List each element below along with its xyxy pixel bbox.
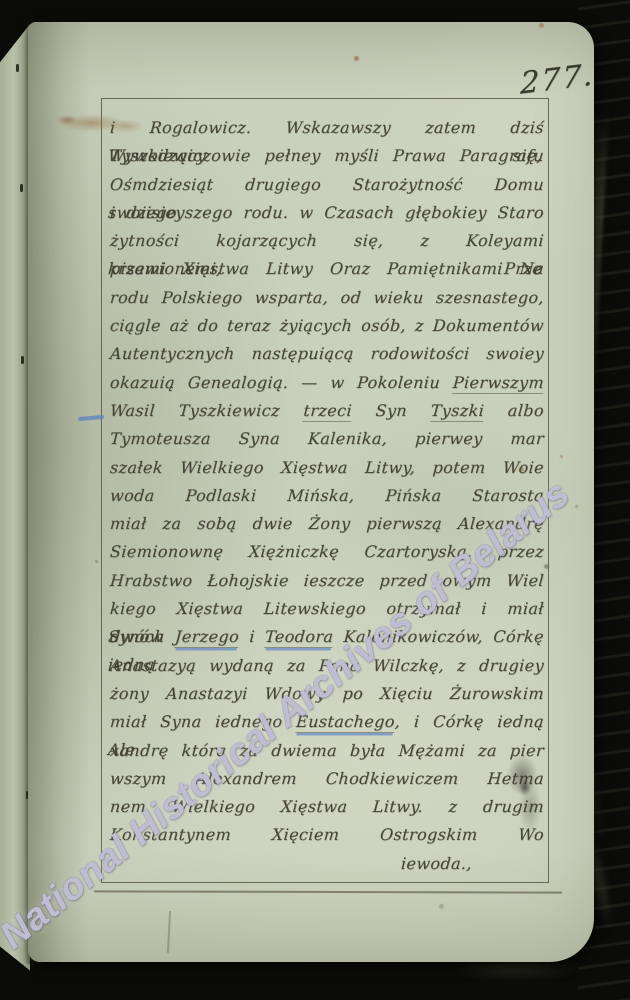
manuscript-line: iewoda.,	[109, 850, 545, 878]
underlined-word: trzeci	[303, 401, 353, 422]
manuscript-line: Wasil Tyszkiewicz trzeci Syn Tyszki albo	[109, 397, 545, 425]
manuscript-line: kiego Xięstwa Litewskiego otrzymał i mia…	[109, 595, 545, 623]
manuscript-line: okazuią Genealogią. — w Pokoleniu Pierws…	[109, 369, 545, 397]
manuscript-line: i Rogalowicz. Wskazawszy zatem dziś Wywo…	[109, 114, 545, 142]
manuscript-line: xandrę która za dwiema była Mężami za pi…	[109, 737, 545, 765]
handwriting-text: Wasil Tyszkiewicz	[109, 401, 304, 420]
manuscript-line: woda Podlaski Mińska, Pińska Starosta	[109, 482, 545, 510]
bottom-rule-line	[94, 890, 562, 893]
manuscript-line: rodu Polskiego wsparta, od wieku szesnas…	[109, 284, 545, 312]
paper-scratch	[167, 911, 171, 953]
handwriting-text: szałek Wielkiego Xięstwa Litwy, potem Wo…	[109, 458, 544, 477]
manuscript-line: pisami Xięstwa Litwy Oraz Pamiętnikami N…	[109, 255, 545, 283]
handwriting-text: i dzisieyszego rodu. w Czasach głębokiey…	[109, 203, 544, 222]
manuscript-lines: i Rogalowicz. Wskazawszy zatem dziś Wywo…	[110, 114, 544, 878]
handwriting-text: iewoda.,	[400, 854, 472, 873]
manuscript-line: żytności kojarzących się, z Koleyami krz…	[109, 227, 545, 255]
paper-specks	[28, 22, 31, 25]
underlined-word: Tyszki	[430, 401, 485, 422]
page-number: 277.	[520, 57, 595, 101]
manuscript-page: 277. i Rogalowicz. Wskazawszy zatem dziś…	[28, 22, 594, 962]
manuscript-line: Tymoteusza Syna Kalenika, pierwey mar	[109, 425, 545, 453]
archive-photo: 277. i Rogalowicz. Wskazawszy zatem dziś…	[0, 0, 630, 1000]
manuscript-line: Autentycznych następuiącą rodowitości sw…	[109, 340, 545, 368]
handwriting-text: pisami Xięstwa Litwy Oraz Pamiętnikami N…	[109, 259, 544, 278]
manuscript-line: ciągle aż do teraz żyiących osób, z Doku…	[109, 312, 545, 340]
stain-top-left	[53, 104, 153, 142]
handwriting-text: ciągle aż do teraz żyiących osób, z Doku…	[109, 316, 544, 335]
handwriting-text: Syn	[351, 401, 431, 420]
handwriting-text: rodu Polskiego wsparta, od wieku szesnas…	[109, 288, 544, 307]
handwriting-text: woda Podlaski Mińska, Pińska Starosta	[109, 486, 544, 505]
underlined-word: Jerzego	[174, 627, 240, 648]
handwriting-text: Tyszkiewiczowie pełney myśli Prawa Parag…	[109, 146, 544, 165]
manuscript-line: miał Syna iednego Eustachego, i Córkę ie…	[109, 708, 545, 736]
handwriting-text: Autentycznych następuiącą rodowitości sw…	[109, 344, 544, 363]
manuscript-line: Ośmdziesiąt drugiego Starożytność Domu s…	[109, 171, 545, 199]
manuscript-line: szałek Wielkiego Xięstwa Litwy, potem Wo…	[109, 454, 545, 482]
handwriting-text: Tymoteusza Syna Kalenika, pierwey mar	[109, 429, 544, 448]
handwriting-text: okazuią Genealogią. — w Pokoleniu	[109, 373, 453, 392]
manuscript-line: Tyszkiewiczowie pełney myśli Prawa Parag…	[109, 142, 545, 170]
handwriting-text: albo	[484, 401, 545, 420]
manuscript-line: dwóch Jerzego i Teodora Kalenikowiczów, …	[109, 623, 545, 651]
underlined-word: Pierwszym	[452, 373, 545, 394]
handwriting-text: dwóch	[109, 627, 175, 646]
gutter-shading	[28, 22, 90, 962]
handwriting-text: xandrę która za dwiema była Mężami za pi…	[109, 741, 544, 760]
ink-smudge-right	[498, 748, 556, 846]
underlined-word: Teodora	[264, 627, 334, 648]
binding-stitch-marks	[0, 0, 3, 8]
handwriting-text: i	[239, 627, 266, 646]
manuscript-line: i dzisieyszego rodu. w Czasach głębokiey…	[109, 199, 545, 227]
